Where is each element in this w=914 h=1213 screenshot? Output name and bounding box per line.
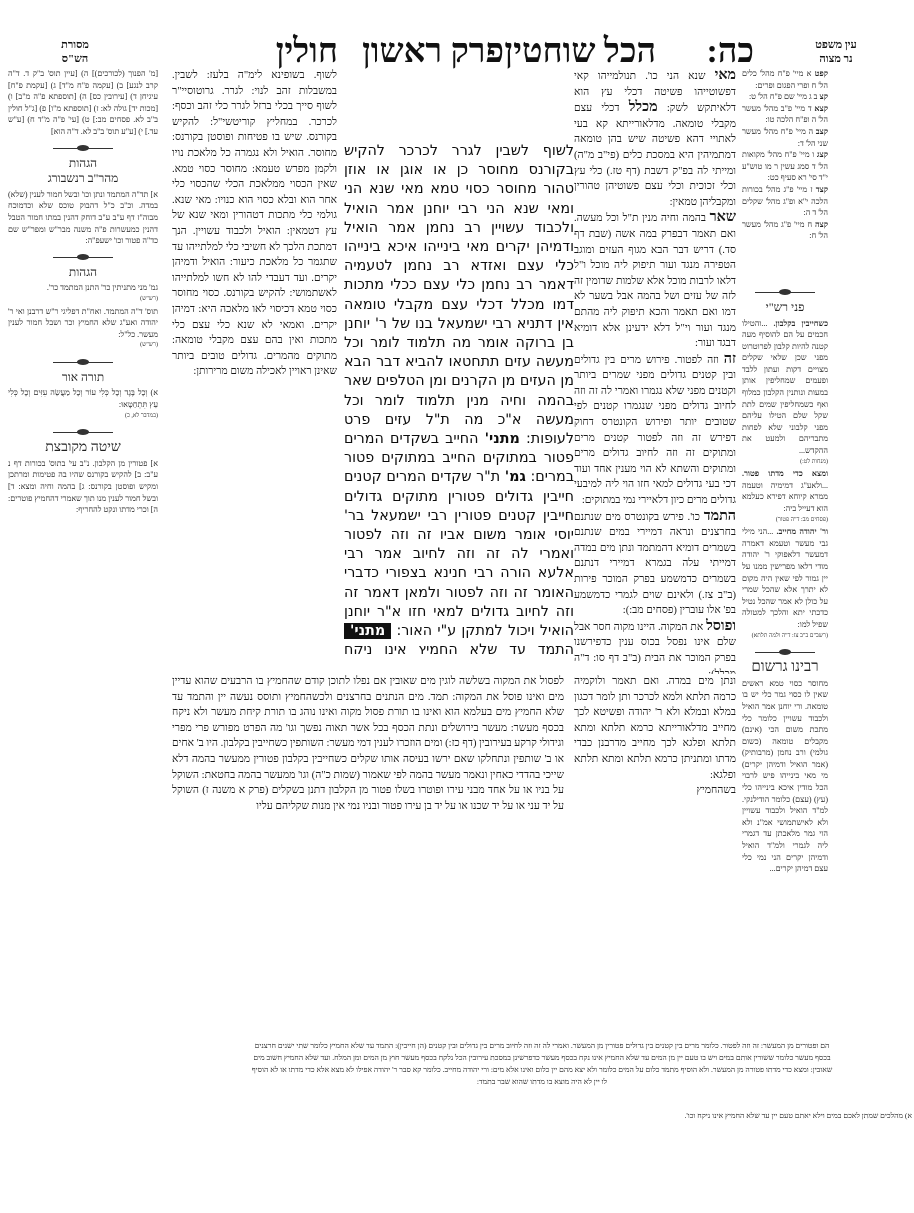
hagahot-habach-title: הגהות [8,267,158,279]
penei-rashi-ref: (פסחים מב: ד"ה פטור) [742,515,828,527]
tosafot-lower: לפסול את המקוה בשלשה לוגין מים שאובין אם… [172,674,564,1014]
bottom-note: א) מהלכים שמתן לאכם במים וילא יאתם טעם י… [172,1110,912,1122]
masoret-hashas-header: מסורת הש"ס [50,38,100,66]
masoret-title-2: הש"ס [50,52,100,66]
footnote-line: הם ופטורים מן המעשר: זה וזה לפטור. כלומר… [172,1040,912,1052]
mishnah-label: מתני' [485,431,520,447]
tosafot-column: לשוף. בשופינא לימ"ה בלעז: לשבין. במשבלות… [172,68,337,648]
torah-or-title: תורה אור [8,372,158,384]
chapter-name: הכל שוחטין [504,33,656,71]
ornament-divider [53,253,113,261]
ornament-divider [755,648,815,656]
rashi-paragraph: שאר בהמה וחיה מנין ת"ל וכל מעשה. ואם תאמ… [574,210,736,351]
hagahot-habach-text-2: תוס' ד"ה המתמד. ואח"ת דפליגי ר"ש דרבנן ו… [8,306,158,341]
masoret-hashas-text: [מ' הפנוך (לכורכים)] ה) [עיין תוס' ב"ק ד… [8,68,158,138]
ein-mishpat-entry: קצג ו מיי' פ"ח מהל' מקואות הל' ד סמג עשי… [742,149,828,184]
rabbeinu-gershom-text: מחוסר כסוי טמא ראשים שאין לו כסוי גמר כל… [742,678,828,875]
rabbeinu-gershom-title: רבינו גרשום [742,662,828,674]
hagahot-habach-ref: (רש"ש) [8,294,158,306]
ein-mishpat-entry: קצה ח מיי' פ"ג מהל' מעשר הל' ח: [742,219,828,242]
ein-mishpat-entry: קצ ב ג מיי' שם פ"ח הל' ט: [742,91,828,103]
shita-mekubetzet-title: שיטה מקובצת [8,442,158,454]
rashi-column: מאי שנא הני כו'. תנולמייהו קאי דפשוטייהו… [574,68,736,674]
rashi-paragraph: זה וזה לפטור. פירוש מרים בין גדולים ובין… [574,352,736,509]
ornament-divider [53,144,113,152]
hagahot-subtitle: מהר"ב רנשבורג [8,173,158,185]
ornament-divider [755,288,815,296]
torah-or-text: א) וְכָל בֶּגֶד וְכָל כְּלִי עוֹר וְכָל … [8,387,158,410]
penei-rashi-entry: כשחייבין בקלבון. ...והטילו חכמים על הם ל… [742,318,828,457]
ein-mishpat-entry: קצד ז מיי' פ"ג מהל' בכורות הלכה י"א ופ"ג… [742,184,828,219]
masoret-title-1: מסורת [50,38,100,52]
tractate-name: חולין [276,33,338,71]
hagahot-habach-ref-2: (רש"ש) [8,340,158,352]
shita-mekubetzet-text: א] פטורין מן הקלבון. נ"ב עי' בתוס' בכורו… [8,458,158,516]
ein-mishpat-entry: קפט א מיי' פ"ח מהל' כלים הל' ח ופרי הפגו… [742,68,828,91]
ein-mishpat-column: קפט א מיי' פ"ח מהל' כלים הל' ח ופרי הפגו… [742,68,828,1068]
footnote-line: לו יין לא היה מוצא בו מדתו שהוא שבר בתמד… [172,1076,912,1088]
rashi-lower: ונתן מים במדה. ואם תאמר ולוקמיה כרמה תלת… [574,674,736,1014]
chapter-number: פרק ראשון [362,33,504,71]
rashi-end-word: בשהחמיץ [574,783,736,799]
ein-mishpat-entry: קצא ד מיי' פ"ב מהל' מעשר הל' ה ופ"ח הלכה… [742,103,828,126]
rashi-paragraph: התמד כו'. פירש בקונטרס מים שנתנם בחרצנים… [574,509,736,619]
penei-rashi-ref: (רשב"ם ב"ב צז: ד"ה ולמה תלתא) [742,631,828,643]
torah-or-ref: (במדבר לא, כ) [8,411,158,423]
hagahot-maharav-text: א] תד"ה המתמד ונתן וכו' ובשל חמור לענין … [8,189,158,247]
rashi-paragraph: ופוסל את המקוה. היינו מקוה חסר אבל שלם א… [574,619,736,674]
rashi-lower-text: ונתן מים במדה. ואם תאמר ולוקמיה כרמה תלת… [574,674,736,783]
penei-rashi-entry: ור' יהודה מחייב. ...הני מילי גבי מעשר וט… [742,526,828,630]
tosafot-lower-text: לפסול את המקוה בשלשה לוגין מים שאובין אם… [172,674,564,814]
gemara-column: לשוף לשבין לגרר לכרכר להקיש בקורנס מחוסר… [344,142,574,654]
ornament-divider [53,428,113,436]
penei-rashi-ref: (מנחות לט:) [742,457,828,469]
bottom-note-text: א) מהלכים שמתן לאכם במים וילא יאתם טעם י… [172,1110,912,1122]
folio-number: כה: [707,33,755,71]
footnote-line: בכסף מעשר כלומר ששורין אותם במים ויש בו … [172,1052,912,1064]
gemara-label: גמ' [505,469,526,485]
left-margin-column: [מ' הפנוך (לכורכים)] ה) [עיין תוס' ב"ק ד… [8,68,158,1068]
hagahot-title: הגהות [8,158,158,170]
ein-mishpat-entry: קצב ה מיי' פ"ח מהל' מעשר שני הל' ד: [742,126,828,149]
penei-rashi-title: פני רש"י [742,302,828,314]
mishnah-label-boxed: מתני' [344,623,391,639]
tosafot-text: לשוף. בשופינא לימ"ה בלעז: לשבין. במשבלות… [172,68,337,380]
gemara-text: לשוף לשבין לגרר לכרכר להקיש בקורנס מחוסר… [344,142,574,654]
footnote-line: שאובין: ומצא כדי מדתו פטורה מן המעשר. ול… [172,1064,912,1076]
ein-mishpat-header: עין משפט נר מצוה [806,38,866,66]
ornament-divider [53,358,113,366]
hagahot-habach-text: גמ' מני מתניתין כר' התנן המתמד כר'. [8,282,158,294]
ein-mishpat-title-1: עין משפט [806,38,866,52]
footnote-band: הם ופטורים מן המעשר: זה וזה לפטור. כלומר… [172,1040,912,1088]
ein-mishpat-title-2: נר מצוה [806,52,866,66]
rashi-paragraph: מאי שנא הני כו'. תנולמייהו קאי דפשוטייהו… [574,68,736,210]
penei-rashi-entry: ומצא כדי מדתו פטור. ...ולאע"ג דמימיה וטע… [742,468,828,514]
